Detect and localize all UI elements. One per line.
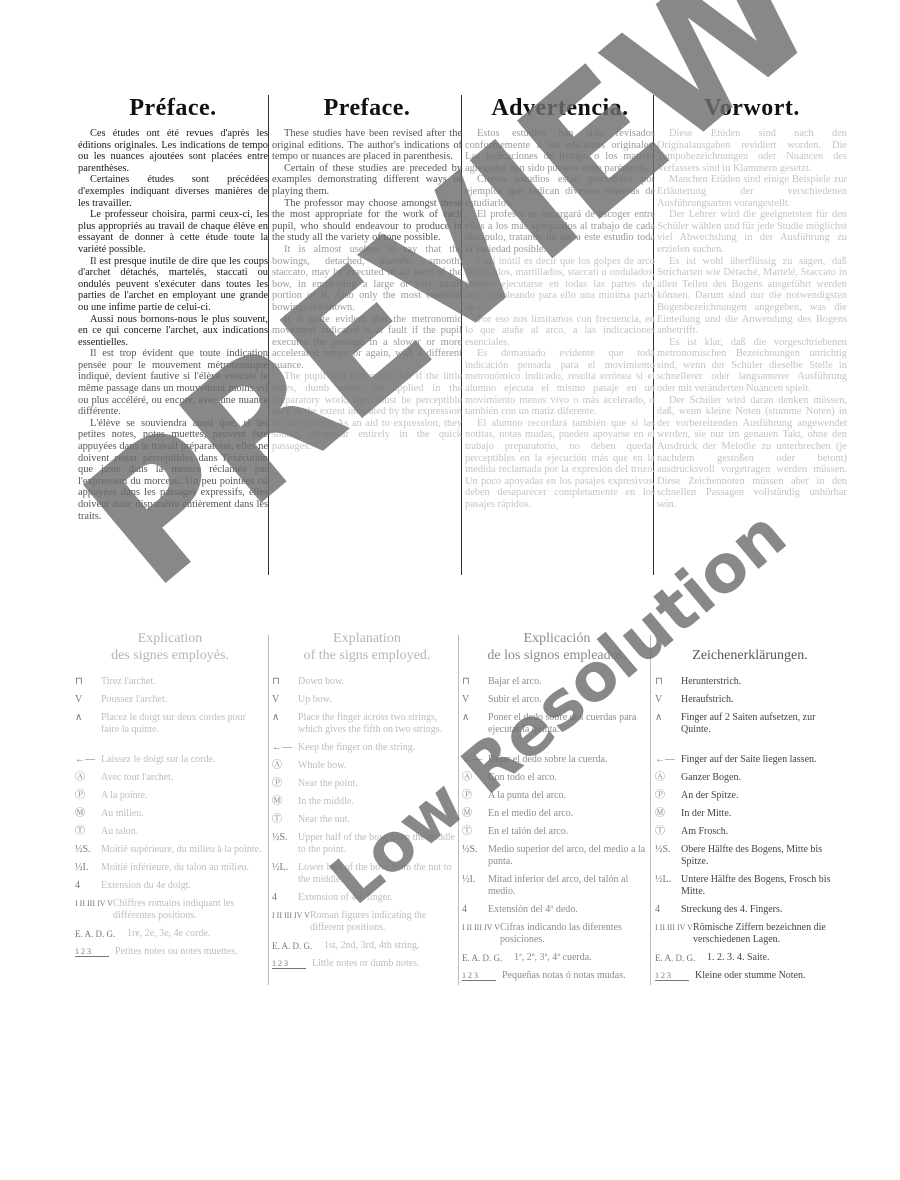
small-notes-icon: 1 2 3 — [462, 970, 502, 982]
preface-english: Preface. These studies have been revised… — [272, 95, 462, 453]
legend-symbol: ½I. — [462, 874, 488, 898]
whole-bow-icon: Ⓐ — [272, 760, 298, 772]
nut-icon: Ⓣ — [272, 814, 298, 826]
legend-symbol: 4 — [75, 880, 101, 892]
paragraph: Il est presque inutile de dire que les c… — [78, 256, 268, 314]
whole-bow-icon: Ⓐ — [462, 772, 488, 784]
point-icon: Ⓟ — [75, 790, 101, 802]
paragraph: The pupil will remember that if the litt… — [272, 371, 462, 452]
paragraph: Es demasiado evidente que toda indicació… — [465, 348, 655, 418]
paragraph: Ces études ont été revues d'après les éd… — [78, 128, 268, 174]
preface-title: Préface. — [78, 95, 268, 122]
middle-icon: Ⓜ — [75, 808, 101, 820]
paragraph: Es ist wohl überflüssig zu sagen, daß St… — [657, 256, 847, 337]
legend-french: Explicationdes signes employés. ⊓Tirez l… — [75, 630, 265, 964]
paragraph: Manchen Etüden sind einige Beispiele zur… — [657, 174, 847, 209]
preface-title: Advertencia. — [465, 95, 655, 122]
legend-symbol: ½L. — [655, 874, 681, 898]
legend-title: Zeichenerklärungen. — [655, 647, 845, 664]
preface-title: Vorwort. — [657, 95, 847, 122]
whole-bow-icon: Ⓐ — [655, 772, 681, 784]
legend-symbol: E. A. D. G. — [462, 952, 514, 964]
legend-symbol: ½S. — [655, 844, 681, 868]
legend-symbol: I II III IV V — [75, 898, 113, 922]
hold-finger-icon: ←— — [75, 754, 101, 766]
paragraph: Diese Etüden sind nach den Originalausga… — [657, 128, 847, 174]
hold-finger-icon: ←— — [655, 754, 681, 766]
legend-symbol: 4 — [272, 892, 298, 904]
legend-symbol: I II III IV V — [462, 922, 500, 946]
point-icon: Ⓟ — [462, 790, 488, 802]
paragraph: Der Lehrer wird die geeignetsten für den… — [657, 209, 847, 255]
legend-title: Explicaciónde los signos empleados. — [462, 630, 652, 664]
fifth-icon: ∧ — [75, 712, 101, 736]
point-icon: Ⓟ — [272, 778, 298, 790]
legend-title: Explicationdes signes employés. — [75, 630, 265, 664]
score-preface-page: Préface. Ces études ont été revues d'apr… — [0, 0, 900, 1180]
nut-icon: Ⓣ — [655, 826, 681, 838]
paragraph: Certain of these studies are preceded by… — [272, 163, 462, 198]
up-bow-icon: V — [75, 694, 101, 706]
legend-symbol: ½I. — [75, 862, 101, 874]
fifth-icon: ∧ — [655, 712, 681, 736]
legend-symbol: ½S. — [462, 844, 488, 868]
paragraph: Ciertos estudios están precedidos por ej… — [465, 174, 655, 209]
paragraph: Certaines études sont précédées d'exempl… — [78, 174, 268, 209]
small-notes-icon: 1 2 3 — [272, 958, 312, 970]
legend-english: Explanationof the signs employed. ⊓Down … — [272, 630, 462, 976]
paragraph: These studies have been revised after th… — [272, 128, 462, 163]
preface-spanish: Advertencia. Estos estudios han sido rev… — [465, 95, 655, 511]
column-divider — [268, 95, 269, 575]
legend-title: Explanationof the signs employed. — [272, 630, 462, 664]
paragraph: It is almost useless to say that the bow… — [272, 244, 462, 314]
whole-bow-icon: Ⓐ — [75, 772, 101, 784]
hold-finger-icon: ←— — [462, 754, 488, 766]
small-notes-icon: 1 2 3 — [655, 970, 695, 982]
legend-symbol: ½S. — [75, 844, 101, 856]
preface-title: Preface. — [272, 95, 462, 122]
legend-symbol: E. A. D. G. — [655, 952, 707, 964]
legend-symbol: I II III IV V — [655, 922, 693, 946]
nut-icon: Ⓣ — [462, 826, 488, 838]
middle-icon: Ⓜ — [655, 808, 681, 820]
paragraph: El alumno recordará también que si las n… — [465, 418, 655, 511]
legend-symbol: 4 — [655, 904, 681, 916]
legend-symbol: 4 — [462, 904, 488, 916]
paragraph: L'élève se souviendra aussi que, si les … — [78, 418, 268, 522]
point-icon: Ⓟ — [655, 790, 681, 802]
down-bow-icon: ⊓ — [462, 676, 488, 688]
nut-icon: Ⓣ — [75, 826, 101, 838]
paragraph: It is quite evident that the metronomic … — [272, 314, 462, 372]
paragraph: El profesor se encargará de escoger entr… — [465, 209, 655, 255]
middle-icon: Ⓜ — [272, 796, 298, 808]
paragraph: Estos estudios han sido revisados confor… — [465, 128, 655, 174]
paragraph: Aussi nous bornons-nous le plus souvent,… — [78, 314, 268, 349]
preface-french: Préface. Ces études ont été revues d'apr… — [78, 95, 268, 522]
paragraph: Casi inútil es decir que los golpes de a… — [465, 256, 655, 314]
fifth-icon: ∧ — [462, 712, 488, 736]
middle-icon: Ⓜ — [462, 808, 488, 820]
hold-finger-icon: ←— — [272, 742, 298, 754]
up-bow-icon: V — [462, 694, 488, 706]
legend-symbol: ½S. — [272, 832, 298, 856]
small-notes-icon: 1 2 3 — [75, 946, 115, 958]
legend-symbol: I II III IV V — [272, 910, 310, 934]
down-bow-icon: ⊓ — [75, 676, 101, 688]
up-bow-icon: V — [272, 694, 298, 706]
legend-symbol: E. A. D. G. — [75, 928, 127, 940]
paragraph: Le professeur choisira, parmi ceux-ci, l… — [78, 209, 268, 255]
legend-symbol: ½L. — [272, 862, 298, 886]
paragraph: Der Schüler wird daran denken müssen, da… — [657, 395, 847, 511]
column-divider — [268, 635, 269, 985]
paragraph: Es ist klar, daß die vorgeschriebenen me… — [657, 337, 847, 395]
legend-symbol: E. A. D. G. — [272, 940, 324, 952]
paragraph: The professor may choose amongst these t… — [272, 198, 462, 244]
up-bow-icon: V — [655, 694, 681, 706]
legend-spanish: Explicaciónde los signos empleados. ⊓Baj… — [462, 630, 652, 988]
legend-german: Zeichenerklärungen. ⊓Herunterstrich. VHe… — [655, 630, 845, 988]
paragraph: Il est trop évident que toute indication… — [78, 348, 268, 418]
down-bow-icon: ⊓ — [655, 676, 681, 688]
preface-german: Vorwort. Diese Etüden sind nach den Orig… — [657, 95, 847, 511]
down-bow-icon: ⊓ — [272, 676, 298, 688]
fifth-icon: ∧ — [272, 712, 298, 736]
paragraph: Por eso nos limitamos con frecuencia, en… — [465, 314, 655, 349]
